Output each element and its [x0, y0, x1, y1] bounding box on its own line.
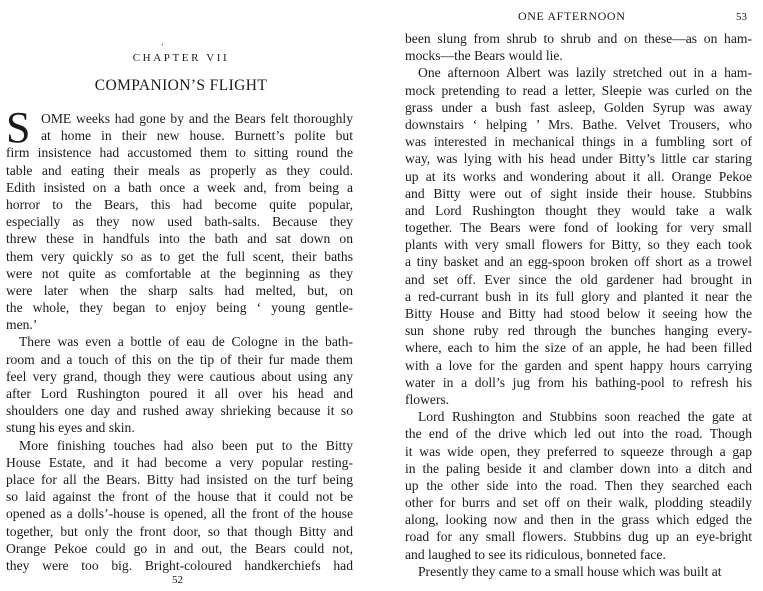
text-line: flowers.: [405, 391, 752, 408]
text-line: House Estate, and it had become a very p…: [6, 454, 353, 471]
text-line: were later when the sharp salts had melt…: [6, 282, 353, 299]
text-line: feel very grand, though they were cautio…: [6, 368, 353, 385]
text-line: mocks—the Bears would lie.: [405, 47, 752, 64]
text-line: up the other side into the road. Then th…: [405, 477, 752, 494]
text-line: was interested in mechanical things in a…: [405, 133, 752, 150]
text-line: OME weeks had gone by and the Bears felt…: [6, 110, 353, 127]
text-line: it was wide open, they preferred to sque…: [405, 443, 752, 460]
text-line: water in a doll’s jug from his bathing-p…: [405, 374, 752, 391]
text-line: along, looking now and then in the grass…: [405, 511, 752, 528]
text-line: where, each to him the size of an apple,…: [405, 339, 752, 356]
text-line: Presently they came to a small house whi…: [405, 563, 752, 580]
running-head: ONE AFTERNOON: [518, 9, 625, 24]
text-line: downstairs ‘ helping ’ Mrs. Bathe. Velve…: [405, 116, 752, 133]
text-line: Bitty House and Bitty had stood below it…: [405, 305, 752, 322]
text-line: Lord Rushington and Stubbins soon reache…: [405, 408, 752, 425]
text-line: One afternoon Albert was lazily stretche…: [405, 64, 752, 81]
text-line: way, was lying with his head under Bitty…: [405, 150, 752, 167]
left-page: ʻ CHAPTER VII COMPANION’S FLIGHT S OME w…: [0, 0, 380, 591]
text-line: the end of the drive which led out into …: [405, 425, 752, 442]
left-body-text: OME weeks had gone by and the Bears felt…: [6, 110, 353, 574]
text-line: after Lord Rushington poured it all over…: [6, 385, 353, 402]
text-line: up at its works and wondering about it a…: [405, 168, 752, 185]
text-line: place for all the Bears. Bitty had insis…: [6, 471, 353, 488]
text-line: and Lord Rushington thought they would t…: [405, 202, 752, 219]
chapter-label: CHAPTER VII: [0, 52, 362, 64]
text-line: a red-currant bush in its full glory and…: [405, 288, 752, 305]
text-line: at home in their new house. Burnett’s po…: [6, 127, 353, 144]
text-line: so laid against the front of the house t…: [6, 488, 353, 505]
text-line: men.’: [6, 316, 353, 333]
text-line: More finishing touches had also been put…: [6, 437, 353, 454]
right-page: ONE AFTERNOON 53 been slung from shrub t…: [380, 0, 763, 591]
text-line: road for any small flowers. Stubbins dug…: [405, 528, 752, 545]
text-line: grass under a bush fast asleep, Golden S…: [405, 99, 752, 116]
text-line: were not quite as comfortable at the beg…: [6, 265, 353, 282]
text-line: table and eating their meals as properly…: [6, 162, 353, 179]
text-line: other for burrs and set off on their wal…: [405, 494, 752, 511]
text-line: together. The Bears were fond of looking…: [405, 219, 752, 236]
text-line: together, but only the front door, so th…: [6, 523, 353, 540]
text-line: opened as a dolls’-house is opened, all …: [6, 505, 353, 522]
text-line: a tiny basket and an egg-spoon broken of…: [405, 253, 752, 270]
text-line: in the paling beside it and clamber down…: [405, 460, 752, 477]
text-line: they were too big. Bright-coloured handk…: [6, 557, 353, 574]
page-number: 52: [172, 574, 183, 586]
page-number: 53: [736, 11, 747, 23]
text-line: sun shone ruby red through the bunches h…: [405, 322, 752, 339]
right-body-text: been slung from shrub to shrub and on th…: [405, 30, 752, 580]
text-line: and Bitty were out of sight inside their…: [405, 185, 752, 202]
text-line: Orange Pekoe could go in and out, the Be…: [6, 540, 353, 557]
text-line: especially as they now used bath-salts. …: [6, 213, 353, 230]
text-line: mock pretending to read a letter, Sleepi…: [405, 82, 752, 99]
text-line: Edith insisted on a bath once a week and…: [6, 179, 353, 196]
text-line: There was even a bottle of eau de Cologn…: [6, 333, 353, 350]
text-line: and set off. Ever since the old gardener…: [405, 271, 752, 288]
chapter-title: COMPANION’S FLIGHT: [0, 77, 362, 95]
text-line: been slung from shrub to shrub and on th…: [405, 30, 752, 47]
ornament-mark: ʻ: [161, 42, 164, 51]
text-line: stung his eyes and skin.: [6, 419, 353, 436]
text-line: with a love for the garden and spent hap…: [405, 357, 752, 374]
text-line: firm insistence had accustomed them to s…: [6, 144, 353, 161]
text-line: threw these in handfuls into the bath an…: [6, 230, 353, 247]
text-line: room and a touch of this on the tip of t…: [6, 351, 353, 368]
text-line: plants with very small flowers for Bitty…: [405, 236, 752, 253]
text-line: shoulders one day and rushed away shriek…: [6, 402, 353, 419]
text-line: the whole, they began to enjoy being ‘ y…: [6, 299, 353, 316]
text-line: horror to the Bears, this had become qui…: [6, 196, 353, 213]
text-line: them very quickly so as to get the full …: [6, 248, 353, 265]
text-line: and laughed to see its ridiculous, bonne…: [405, 546, 752, 563]
